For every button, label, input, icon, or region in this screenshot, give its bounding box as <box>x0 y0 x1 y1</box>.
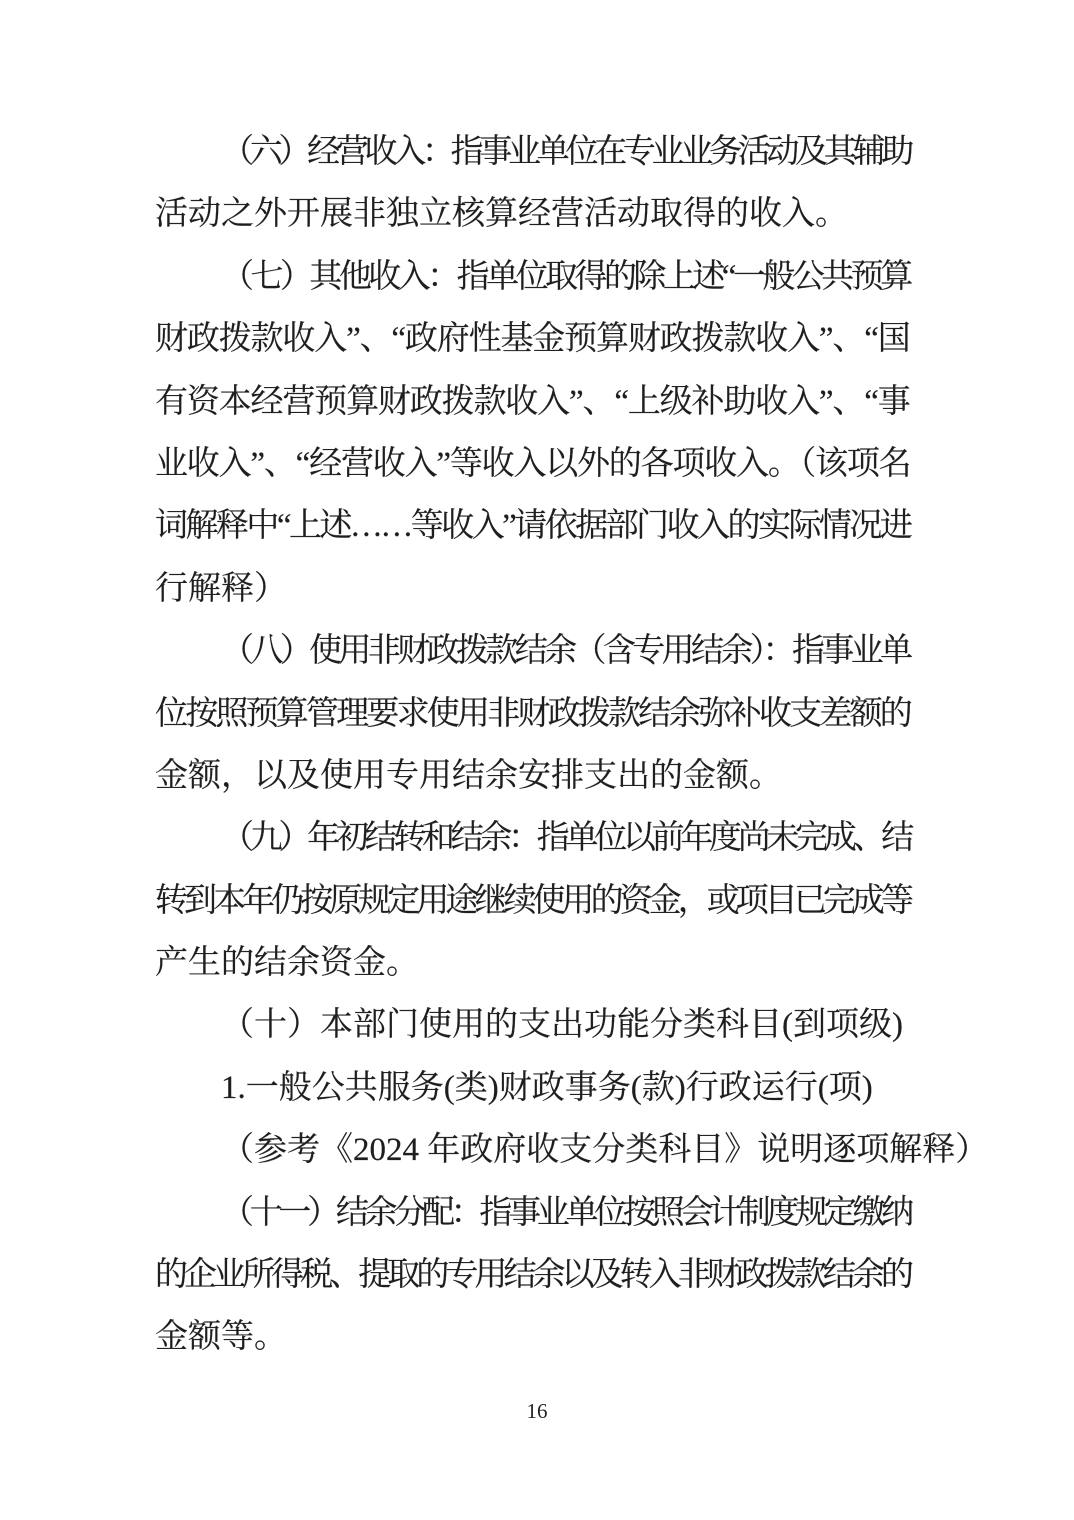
text-line: 1.一般公共服务(类)财政事务(款)行政运行(项) <box>155 1057 910 1119</box>
text-line: 转到本年仍按原规定用途继续使用的资金，或项目已完成等 <box>155 870 910 932</box>
text-line: 金额等。 <box>155 1306 910 1368</box>
document-body: （六）经营收入：指事业单位在专业业务活动及其辅助活动之外开展非独立核算经营活动取… <box>155 121 910 1369</box>
text-line: 行解释） <box>155 558 910 620</box>
text-line: 业收入”、“经营收入”等收入以外的各项收入。（该项名 <box>155 433 910 495</box>
text-line: 产生的结余资金。 <box>155 932 910 994</box>
text-line: （十）本部门使用的支出功能分类科目(到项级) <box>155 994 910 1056</box>
text-line: 金额，以及使用专用结余安排支出的金额。 <box>155 745 910 807</box>
text-line: （十一）结余分配：指事业单位按照会计制度规定缴纳 <box>155 1182 910 1244</box>
page-number: 16 <box>0 1399 1074 1424</box>
text-line: （参考《2024 年政府收支分类科目》说明逐项解释） <box>155 1119 910 1181</box>
text-line: 活动之外开展非独立核算经营活动取得的收入。 <box>155 183 910 245</box>
text-line: 位按照预算管理要求使用非财政拨款结余弥补收支差额的 <box>155 683 910 745</box>
text-line: （八）使用非财政拨款结余（含专用结余）：指事业单 <box>155 620 910 682</box>
text-line: （六）经营收入：指事业单位在专业业务活动及其辅助 <box>155 121 910 183</box>
text-line: 的企业所得税、提取的专用结余以及转入非财政拨款结余的 <box>155 1244 910 1306</box>
text-line: （九）年初结转和结余：指单位以前年度尚未完成、结 <box>155 807 910 869</box>
document-page: （六）经营收入：指事业单位在专业业务活动及其辅助活动之外开展非独立核算经营活动取… <box>0 0 1074 1520</box>
text-line: （七）其他收入：指单位取得的除上述“一般公共预算 <box>155 246 910 308</box>
text-line: 财政拨款收入”、“政府性基金预算财政拨款收入”、“国 <box>155 308 910 370</box>
text-line: 有资本经营预算财政拨款收入”、“上级补助收入”、“事 <box>155 371 910 433</box>
text-line: 词解释中“上述……等收入”请依据部门收入的实际情况进 <box>155 495 910 557</box>
